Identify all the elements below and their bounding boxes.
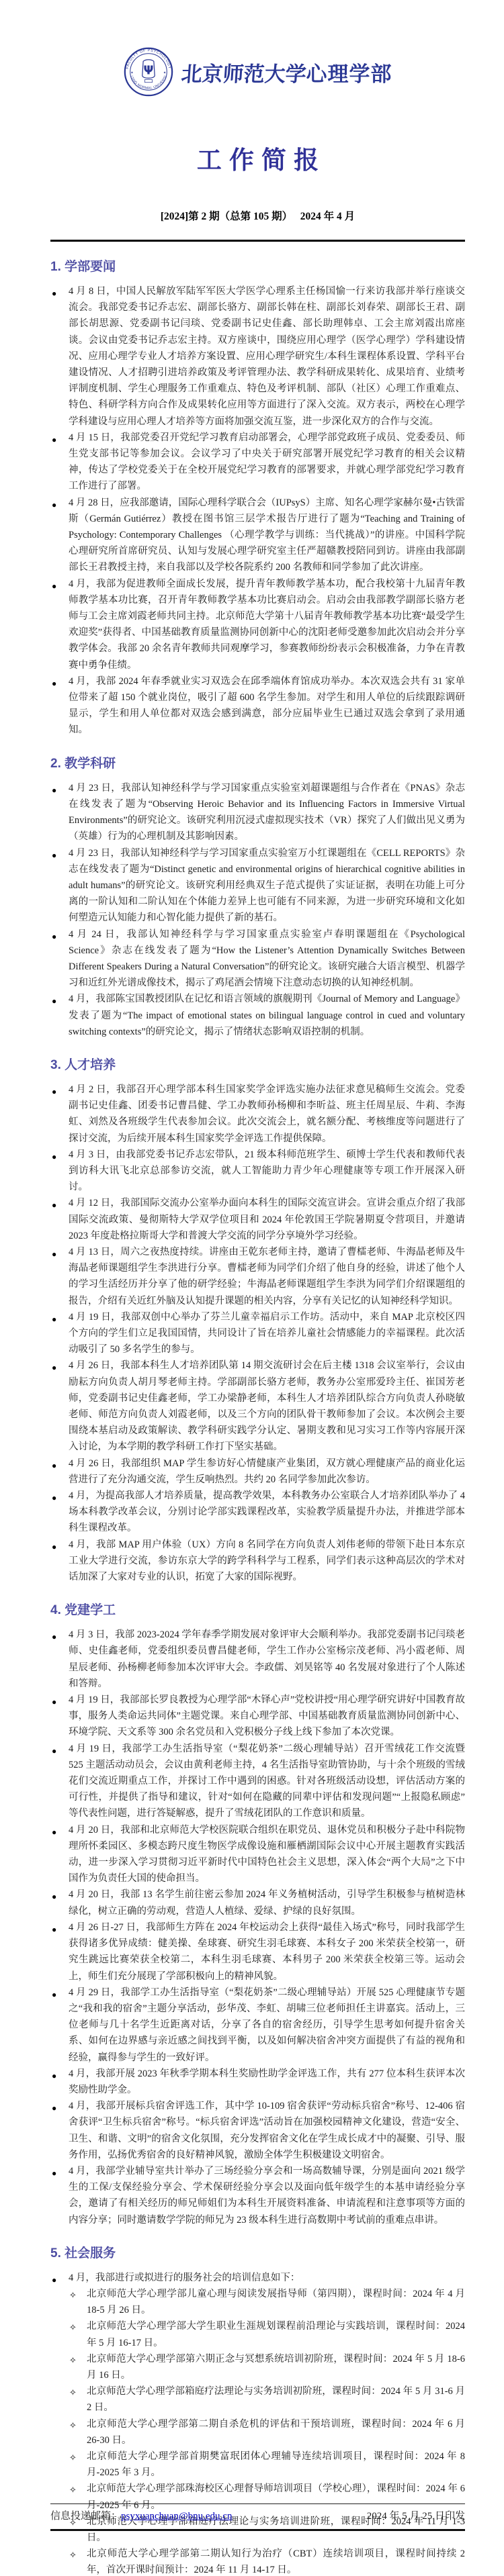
sub-item-text: 北京师范大学心理学部儿童心理与阅读发展指导师（第四期），课程时间：2024 年 … xyxy=(87,2286,465,2318)
bullet-icon: ● xyxy=(52,782,56,798)
section-heading: 4. 党建学工 xyxy=(50,1603,465,1619)
item-text: 4 月 8 日，中国人民解放军陆军军医大学医学心理系主任杨国愉一行来访我部并举行… xyxy=(69,283,465,430)
bullet-icon: ● xyxy=(52,1694,56,1710)
bullet-icon: ● xyxy=(52,1824,56,1840)
diamond-icon: ✧ xyxy=(69,2320,77,2336)
section-heading: 3. 人才培养 xyxy=(50,1057,465,1074)
bullet-icon: ● xyxy=(52,432,56,448)
list-item: ●4 月 24 日，我部认知神经科学与学习国家重点实验室卢春明课题组在《Psyc… xyxy=(50,926,465,992)
sub-list-item: ✧北京师范大学心理学部儿童心理与阅读发展指导师（第四期），课程时间：2024 年… xyxy=(50,2286,465,2318)
item-text: 4 月 13 日，周六之夜热度持续。讲座由王乾东老师主持，邀请了曹檑老师、牛海晶… xyxy=(69,1244,465,1309)
bullet-icon: ● xyxy=(52,1921,56,1938)
sub-list: ✧北京师范大学心理学部儿童心理与阅读发展指导师（第四期），课程时间：2024 年… xyxy=(50,2286,465,2576)
email-label: 信息投递邮箱： xyxy=(50,2511,121,2522)
item-text: 4 月 20 日，我部 13 名学生前往密云参加 2024 年义务植树活动，引导… xyxy=(69,1887,465,1919)
item-text: 4 月，我部陈宝国教授团队在记忆和语言领域的旗舰期刊《Journal of Me… xyxy=(69,991,465,1040)
item-text: 4 月，我部学业辅导室共计举办了三场经验分享会和一场高数辅导课，分别是面向 20… xyxy=(69,2163,465,2228)
item-text: 4 月，我部进行或拟进行的服务社会的培训信息如下： xyxy=(69,2270,465,2286)
masthead-rule xyxy=(50,240,465,242)
page-title: 工作简报 xyxy=(50,146,465,176)
list-item: ●4 月 3 日，由我部党委书记乔志宏带队，21 级本科师范班学生、硕博士学生代… xyxy=(50,1147,465,1196)
sub-item-text: 北京师范大学心理学部第二期自杀危机的评估和干预培训班，课程时间：2024 年 6… xyxy=(87,2416,465,2448)
diamond-icon: ✧ xyxy=(69,2418,77,2434)
item-text: 4 月 12 日，我部国际交流办公室举办面向本科生的国际交流宣讲会。宣讲会重点介… xyxy=(69,1195,465,1244)
item-text: 4 月，我部 2024 年春季就业实习双选会在邱季端体育馆成功举办。本次双选会共… xyxy=(69,673,465,738)
sub-list-item: ✧北京师范大学心理学部第二期自杀危机的评估和干预培训班，课程时间：2024 年 … xyxy=(50,2416,465,2448)
section: 3. 人才培养●4 月 2 日，我部召开心理学部本科生国家奖学金评选实施办法征求… xyxy=(50,1057,465,1585)
email-link[interactable]: psyxuanchuan@bnu.edu.cn xyxy=(121,2511,232,2522)
list-item: ●4 月 19 日，我部部长罗良教授为心理学部“木铎心声”党校讲授“用心理学研究… xyxy=(50,1692,465,1741)
item-text: 4 月 3 日，我部 2023-2024 学年春季学期发展对象评审大会顺利举办。… xyxy=(69,1627,465,1692)
item-text: 4 月，我部为促进教师全面成长发展，提升青年教师教学基本功，配合我校第十九届青年… xyxy=(69,576,465,673)
list-item: ●4 月 15 日，我部党委召开党纪学习教育启动部署会，心理学部党政班子成员、党… xyxy=(50,430,465,495)
item-text: 4 月 3 日，由我部党委书记乔志宏带队，21 级本科师范班学生、硕博士学生代表… xyxy=(69,1147,465,1196)
diamond-icon: ✧ xyxy=(69,2352,77,2369)
footer: 信息投递邮箱：psyxuanchuan@bnu.edu.cn 2024 年 5 … xyxy=(50,2503,465,2531)
list-item: ●4 月 29 日，我部学工办生活指导室（“梨花奶茶”二级心理辅导站）开展 52… xyxy=(50,1985,465,2066)
bullet-icon: ● xyxy=(52,993,56,1009)
item-text: 4 月 26 日，我部本科生人才培养团队第 14 期交流研讨会在后主楼 1318… xyxy=(69,1357,465,1455)
section-heading: 5. 社会服务 xyxy=(50,2246,465,2262)
sub-list-item: ✧北京师范大学心理学部箱庭疗法理论与实务培训初阶班，课程时间：2024 年 5 … xyxy=(50,2383,465,2416)
bullet-icon: ● xyxy=(52,1539,56,1555)
bullet-icon: ● xyxy=(52,1359,56,1376)
sub-list-item: ✧北京师范大学心理学部第二期认知行为治疗（CBT）连续培训项目，课程时间持续 2… xyxy=(50,2546,465,2576)
bullet-icon: ● xyxy=(52,675,56,691)
item-text: 4 月，我部开展标兵宿舍评选工作，其中学 10-109 宿舍获评“劳动标兵宿舍”… xyxy=(69,2098,465,2163)
bullet-icon: ● xyxy=(52,1743,56,1759)
list-item: ●4 月 19 日，我部双创中心举办了芬兰儿童幸福启示工作坊。活动中，来自 MA… xyxy=(50,1309,465,1358)
item-text: 4 月，我部 MAP 用户体验（UX）方向 8 名同学在方向负责人刘伟老师的带领… xyxy=(69,1537,465,1586)
bullet-list: ●4 月 2 日，我部召开心理学部本科生国家奖学金评选实施办法征求意见稿师生交流… xyxy=(50,1082,465,1585)
list-item: ●4 月 26 日-27 日，我部师生方阵在 2024 年校运动会上获得“最佳入… xyxy=(50,1919,465,1985)
section: 4. 党建学工●4 月 3 日，我部 2023-2024 学年春季学期发展对象评… xyxy=(50,1603,465,2228)
sub-item-text: 北京师范大学心理学部第六期正念与冥想系统培训初阶班，课程时间：2024 年 5 … xyxy=(87,2351,465,2383)
bullet-icon: ● xyxy=(52,1246,56,1262)
item-text: 4 月 15 日，我部党委召开党纪学习教育启动部署会，心理学部党政班子成员、党委… xyxy=(69,430,465,495)
bullet-list: ●4 月 3 日，我部 2023-2024 学年春季学期发展对象评审大会顺利举办… xyxy=(50,1627,465,2228)
section-heading: 2. 教学科研 xyxy=(50,756,465,772)
section: 1. 学部要闻●4 月 8 日，中国人民解放军陆军军医大学医学心理系主任杨国愉一… xyxy=(50,259,465,738)
item-text: 4 月 29 日，我部学工办生活指导室（“梨花奶茶”二级心理辅导站）开展 525… xyxy=(69,1985,465,2066)
sub-item-text: 北京师范大学心理学部第二期认知行为治疗（CBT）连续培训项目，课程时间持续 2 … xyxy=(87,2546,465,2576)
footer-row: 信息投递邮箱：psyxuanchuan@bnu.edu.cn 2024 年 5 … xyxy=(50,2504,465,2529)
bullet-icon: ● xyxy=(52,847,56,863)
footer-contact: 信息投递邮箱：psyxuanchuan@bnu.edu.cn xyxy=(50,2510,232,2523)
bullet-icon: ● xyxy=(52,928,56,945)
list-item: ●4 月，我部 2024 年春季就业实习双选会在邱季端体育馆成功举办。本次双选会… xyxy=(50,673,465,738)
org-name-script: 北京师范大学 xyxy=(180,57,307,87)
diamond-icon: ✧ xyxy=(69,2385,77,2401)
diamond-icon: ✧ xyxy=(69,2287,77,2303)
bullet-icon: ● xyxy=(52,2100,56,2116)
bullet-icon: ● xyxy=(52,285,56,301)
list-item: ●4 月 28 日，应我部邀请，国际心理科学联合会（IUPsyS）主席、知名心理… xyxy=(50,495,465,576)
masthead: FACULTY OF PSYCHOLOGY BEIJING NORMAL UNI… xyxy=(50,47,465,97)
list-item: ●4 月 8 日，中国人民解放军陆军军医大学医学心理系主任杨国愉一行来访我部并举… xyxy=(50,283,465,430)
sub-list-item: ✧北京师范大学心理学部大学生职业生涯规划课程前沿理论与实践培训，课程时间：202… xyxy=(50,2318,465,2350)
list-item: ●4 月 12 日，我部国际交流办公室举办面向本科生的国际交流宣讲会。宣讲会重点… xyxy=(50,1195,465,1244)
diamond-icon: ✧ xyxy=(69,2450,77,2466)
bullet-list: ●4 月 23 日，我部认知神经科学与学习国家重点实验室刘超课题组与合作者在《P… xyxy=(50,780,465,1040)
bullet-icon: ● xyxy=(52,1889,56,1905)
list-item: ●4 月，我部为促进教师全面成长发展，提升青年教师教学基本功，配合我校第十九届青… xyxy=(50,576,465,673)
bullet-icon: ● xyxy=(52,2165,56,2181)
bullet-list: ●4 月 8 日，中国人民解放军陆军军医大学医学心理系主任杨国愉一行来访我部并举… xyxy=(50,283,465,738)
bullet-icon: ● xyxy=(52,1987,56,2003)
list-item: ●4 月，我部开展 2023 年秋季学期本科生奖励性助学金评选工作，共有 277… xyxy=(50,2066,465,2098)
bullet-icon: ● xyxy=(52,497,56,513)
item-text: 4 月 2 日，我部召开心理学部本科生国家奖学金评选实施办法征求意见稿师生交流会… xyxy=(69,1082,465,1147)
sub-item-text: 北京师范大学心理学部首期樊富珉团体心理辅导连续培训项目，课程时间：2024 年 … xyxy=(87,2448,465,2481)
item-text: 4 月 23 日，我部认知神经科学与学习国家重点实验室刘超课题组与合作者在《PN… xyxy=(69,780,465,845)
list-item: ●4 月，我部 MAP 用户体验（UX）方向 8 名同学在方向负责人刘伟老师的带… xyxy=(50,1537,465,1586)
seal-star-icon: ✦ xyxy=(130,70,134,75)
bullet-icon: ● xyxy=(52,1629,56,1645)
item-text: 4 月 26 日，我部组织 MAP 学生参访好心情健康产业集团，双方就心理健康产… xyxy=(69,1456,465,1488)
item-text: 4 月，我部开展 2023 年秋季学期本科生奖励性助学金评选工作，共有 277 … xyxy=(69,2066,465,2098)
sub-item-text: 北京师范大学心理学部大学生职业生涯规划课程前沿理论与实践培训，课程时间：2024… xyxy=(87,2318,465,2350)
print-date: 2024 年 5 月 25 日印发 xyxy=(367,2510,465,2523)
diamond-icon: ✧ xyxy=(69,2482,77,2498)
list-item: ●4 月，我部学业辅导室共计举办了三场经验分享会和一场高数辅导课，分别是面向 2… xyxy=(50,2163,465,2228)
list-item: ●4 月 13 日，周六之夜热度持续。讲座由王乾东老师主持，邀请了曹檑老师、牛海… xyxy=(50,1244,465,1309)
section: 2. 教学科研●4 月 23 日，我部认知神经科学与学习国家重点实验室刘超课题组… xyxy=(50,756,465,1040)
list-item: ●4 月 19 日，我部学工办生活指导室（“梨花奶茶”二级心理辅导站）召开雪绒花… xyxy=(50,1741,465,1822)
item-text: 4 月 20 日，我部和北京师范大学校医院联合组织在职党员、退休党员和积极分子赴… xyxy=(69,1822,465,1887)
item-text: 4 月 19 日，我部学工办生活指导室（“梨花奶茶”二级心理辅导站）召开雪绒花工… xyxy=(69,1741,465,1822)
diamond-icon: ✧ xyxy=(69,2547,77,2563)
list-item: ●4 月 3 日，我部 2023-2024 学年春季学期发展对象评审大会顺利举办… xyxy=(50,1627,465,1692)
org-name: 北京师范大学心理学部 xyxy=(181,57,392,87)
item-text: 4 月，为提高我部人才培养质量，提高教学效果，本科教务办公室联合人才培养团队举办… xyxy=(69,1488,465,1537)
list-item: ●4 月 23 日，我部认知神经科学与学习国家重点实验室刘超课题组与合作者在《P… xyxy=(50,780,465,845)
bullet-icon: ● xyxy=(52,1149,56,1165)
bullet-icon: ● xyxy=(52,1490,56,1506)
seal-star-icon: ✦ xyxy=(163,70,166,75)
sub-item-text: 北京师范大学心理学部箱庭疗法理论与实务培训初阶班，课程时间：2024 年 5 月… xyxy=(87,2383,465,2416)
sub-list-item: ✧北京师范大学心理学部首期樊富珉团体心理辅导连续培训项目，课程时间：2024 年… xyxy=(50,2448,465,2481)
sub-list-item: ✧北京师范大学心理学部第六期正念与冥想系统培训初阶班，课程时间：2024 年 5… xyxy=(50,2351,465,2383)
bullet-icon: ● xyxy=(52,1197,56,1213)
list-item: ●4 月 20 日，我部和北京师范大学校医院联合组织在职党员、退休党员和积极分子… xyxy=(50,1822,465,1887)
section-heading: 1. 学部要闻 xyxy=(50,259,465,275)
list-item: ●4 月，我部陈宝国教授团队在记忆和语言领域的旗舰期刊《Journal of M… xyxy=(50,991,465,1040)
list-item: ●4 月 26 日，我部组织 MAP 学生参访好心情健康产业集团，双方就心理健康… xyxy=(50,1456,465,1488)
list-item: ●4 月 2 日，我部召开心理学部本科生国家奖学金评选实施办法征求意见稿师生交流… xyxy=(50,1082,465,1147)
item-text: 4 月 24 日，我部认知神经科学与学习国家重点实验室卢春明课题组在《Psych… xyxy=(69,926,465,992)
bullet-icon: ● xyxy=(52,2068,56,2084)
item-text: 4 月 23 日，我部认知神经科学与学习国家重点实验室万小红课题组在《CELL … xyxy=(69,845,465,926)
item-text: 4 月 19 日，我部部长罗良教授为心理学部“木铎心声”党校讲授“用心理学研究讲… xyxy=(69,1692,465,1741)
issue-line: [2024]第 2 期（总第 105 期） 2024 年 4 月 xyxy=(50,209,465,224)
item-text: 4 月 28 日，应我部邀请，国际心理科学联合会（IUPsyS）主席、知名心理学… xyxy=(69,495,465,576)
list-item: ●4 月，为提高我部人才培养质量，提高教学效果，本科教务办公室联合人才培养团队举… xyxy=(50,1488,465,1537)
item-text: 4 月 19 日，我部双创中心举办了芬兰儿童幸福启示工作坊。活动中，来自 MAP… xyxy=(69,1309,465,1358)
university-seal-logo: FACULTY OF PSYCHOLOGY BEIJING NORMAL UNI… xyxy=(124,47,173,97)
list-item: ●4 月，我部开展标兵宿舍评选工作，其中学 10-109 宿舍获评“劳动标兵宿舍… xyxy=(50,2098,465,2163)
list-item: ●4 月 20 日，我部 13 名学生前往密云参加 2024 年义务植树活动，引… xyxy=(50,1887,465,1919)
briefing-page: FACULTY OF PSYCHOLOGY BEIJING NORMAL UNI… xyxy=(0,0,504,2576)
document-body: 1. 学部要闻●4 月 8 日，中国人民解放军陆军军医大学医学心理系主任杨国愉一… xyxy=(50,259,465,2576)
bullet-icon: ● xyxy=(52,578,56,594)
psi-icon: Ψ xyxy=(143,64,153,78)
list-item: ●4 月 26 日，我部本科生人才培养团队第 14 期交流研讨会在后主楼 131… xyxy=(50,1357,465,1455)
bullet-icon: ● xyxy=(52,1084,56,1100)
bullet-icon: ● xyxy=(52,1458,56,1474)
org-name-bold: 心理学部 xyxy=(306,62,392,86)
list-item: ●4 月 23 日，我部认知神经科学与学习国家重点实验室万小红课题组在《CELL… xyxy=(50,845,465,926)
bullet-icon: ● xyxy=(52,1311,56,1327)
item-text: 4 月 26 日-27 日，我部师生方阵在 2024 年校运动会上获得“最佳入场… xyxy=(69,1919,465,1985)
